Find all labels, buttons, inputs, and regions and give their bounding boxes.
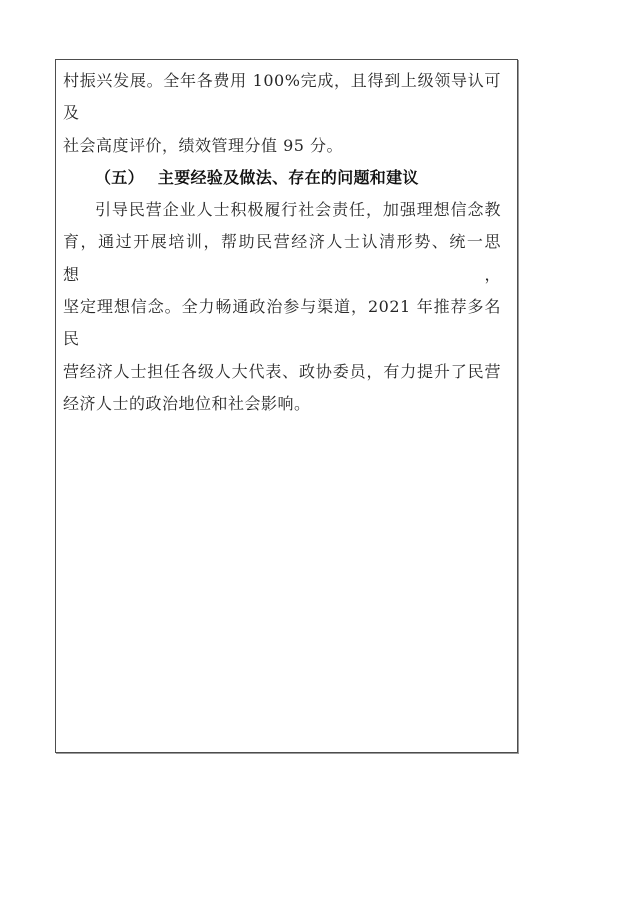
text-line: 营经济人士担任各级人大代表、政协委员，有力提升了民营	[63, 356, 501, 388]
text-line: 村振兴发展。全年各费用 100%完成，且得到上级领导认可及	[63, 65, 501, 130]
text-line: 育，通过开展培训，帮助民营经济人士认清形势、统一思想，	[63, 226, 501, 291]
document-page: 村振兴发展。全年各费用 100%完成，且得到上级领导认可及 社会高度评价，绩效管…	[0, 0, 635, 898]
table-cell: 村振兴发展。全年各费用 100%完成，且得到上级领导认可及 社会高度评价，绩效管…	[55, 59, 518, 753]
text-line: 坚定理想信念。全力畅通政治参与渠道，2021 年推荐多名民	[63, 291, 501, 356]
text-line: 引导民营企业人士积极履行社会责任，加强理想信念教	[63, 194, 501, 226]
section-title: 主要经验及做法、存在的问题和建议	[158, 168, 419, 187]
text-line: 经济人士的政治地位和社会影响。	[63, 388, 501, 420]
section-heading: （五）主要经验及做法、存在的问题和建议	[63, 162, 501, 194]
text-line: 社会高度评价，绩效管理分值 95 分。	[63, 130, 501, 162]
section-number: （五）	[95, 168, 144, 187]
